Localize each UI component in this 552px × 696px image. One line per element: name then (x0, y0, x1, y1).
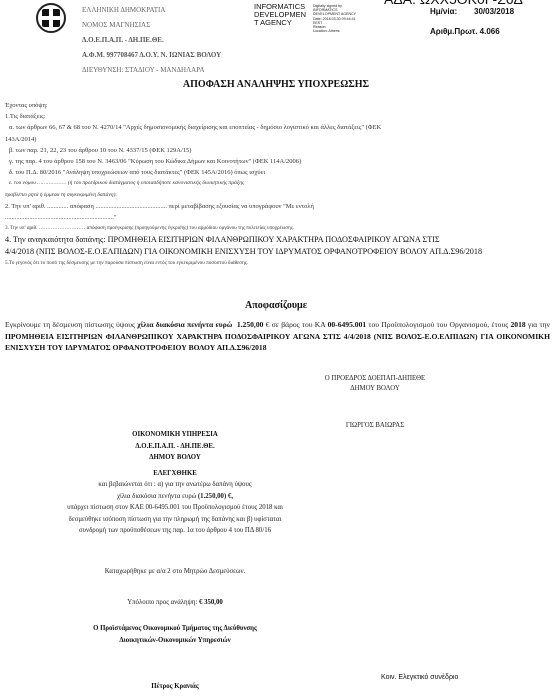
president-title: Ο ΠΡΟΕΔΡΟΣ ΔΟΕΠΑΠ-ΔΗΠΕΘΕ (300, 374, 450, 384)
consideration-item: 5.Το γεγονός ότι το ποσό της δέσμευσης μ… (5, 258, 550, 269)
expense-purpose: ΠΡΟΜΗΘΕΙΑ ΕΙΣΙΤΗΡΙΩΝ ΦΙΛΑΝΘΡΩΠΙΚΟΥ ΧΑΡΑΚ… (5, 332, 550, 353)
decision-text-part: Εγκρίνουμε τη δέσμευση πίστωσης ύψους (5, 320, 137, 329)
president-title: ΔΗΜΟΥ ΒΟΛΟΥ (300, 384, 450, 394)
budget-code: 00-6495.001 (328, 320, 367, 329)
consideration-subitem: γ. της παρ. 4 του άρθρου 158 του Ν. 3463… (5, 156, 550, 167)
president-name: ΓΙΩΡΓΟΣ ΒΑΙΩΡΑΣ (300, 422, 450, 429)
head-of-finance-title: Ο Προϊστάμενος Οικονομικού Τμήματος της … (0, 623, 350, 647)
decision-text: Εγκρίνουμε τη δέσμευση πίστωσης ύψους χί… (5, 319, 550, 354)
president-signature: Ο ΠΡΟΕΔΡΟΣ ΔΟΕΠΑΠ-ΔΗΠΕΘΕ ΔΗΜΟΥ ΒΟΛΟΥ (300, 374, 450, 394)
consideration-subitem: β. των παρ. 21, 22, 23 του άρθρου 10 του… (5, 145, 550, 156)
org-line: ΔΙΕΥΘΥΝΣΗ: ΣΤΑΔΙΟΥ - ΜΑΝΔΗΛΑΡΑ (82, 63, 221, 78)
greek-coat-of-arms-icon (36, 3, 66, 33)
org-line: Δ.Ο.Ε.Π.Α.Π. - ΔΗ.ΠΕ.ΘΕ. (82, 33, 221, 48)
consideration-item-cont: ........................................… (5, 212, 550, 223)
registry-note: Καταχωρήθηκε με α/α 2 στο Μητρώο Δεσμεύσ… (0, 568, 350, 575)
considerations-intro: Έχοντας υπόψη: (5, 100, 550, 111)
budget-year: 2018 (510, 320, 525, 329)
consideration-subitem: α. των άρθρων 66, 67 & 68 του Ν. 4270/14… (5, 122, 550, 133)
head-title-line: Ο Προϊστάμενος Οικονομικού Τμήματος της … (0, 623, 350, 635)
decision-heading: Αποφασίζουμε (0, 300, 552, 311)
finance-title: ΟΙΚΟΝΟΜΙΚΗ ΥΠΗΡΕΣΙΑ (0, 429, 350, 441)
consideration-item-cont: 4/4/2018 (ΝΠΣ ΒΟΛΟΣ-Ε.Ο.ΕΛΠΙΔΩΝ) ΓΙΑ ΟΙΚ… (5, 246, 550, 258)
finance-text: συνδρομή των προϋποθέσεων της παρ. 1α το… (0, 525, 350, 537)
organization-header: ΕΛΛΗΝΙΚΗ ΔΗΜΟΚΡΑΤΙΑ ΝΟΜΟΣ ΜΑΓΝΗΣΙΑΣ Δ.Ο.… (82, 3, 221, 78)
head-of-finance-name: Πέτρος Κρανιάς (0, 683, 350, 690)
finance-amount-words: χίλια διακόσια πενήντα ευρώ (117, 493, 198, 500)
consideration-item: 1.Τις διατάξεις: (5, 111, 550, 122)
consideration-subitem: δ. του Π.Δ. 80/2016 "Ανάληψη υποχρεώσεων… (5, 167, 550, 178)
consideration-item: 3. Την υπ' αριθ. ……………………… απόφαση προέγ… (5, 223, 550, 234)
audit-court-label: Κοιν. Ελεγκτικό συνέδριο (381, 674, 458, 681)
balance-value: € 350,00 (199, 599, 223, 606)
amount-words: χίλια διακόσια πενήντα ευρώ (137, 320, 232, 329)
org-line: ΝΟΜΟΣ ΜΑΓΝΗΣΙΑΣ (82, 18, 221, 33)
finance-text: χίλια διακόσια πενήντα ευρώ (1.250,00) €… (0, 491, 350, 503)
consideration-item: 2. Την υπ' αριθ. ............. απόφαση .… (5, 201, 550, 212)
digital-signature-block: Digitally signed by INFORMATICS DEVELOPM… (313, 4, 393, 33)
signature-line: Location: Athens (313, 29, 393, 33)
finance-title: Δ.Ο.Ε.Π.Α.Π. - ΔΗ.ΠΕ.ΘΕ. (0, 441, 350, 453)
protocol-number: Αριθμ.Πρωτ. 4.066 (430, 27, 500, 36)
checked-stamp: ΕΛΕΓΧΘΗΚΕ (0, 468, 350, 480)
finance-text: υπάρχει πίστωση στον ΚΑΕ 00-6495.001 του… (0, 502, 350, 514)
signer-name: INFORMATICS DEVELOPMEN T AGENCY (254, 3, 312, 27)
finance-amount: (1.250,00) €, (198, 493, 233, 500)
consideration-subitem-cont: προβλέπει ρητά ή έμμεσα τη συγκεκριμένη … (5, 190, 550, 201)
finance-text: και βεβαιώνεται ότι : α) για την ανωτέρω… (0, 479, 350, 491)
org-line: Α.Φ.Μ. 997708467 Δ.Ο.Υ. Ν. ΙΩΝΙΑΣ ΒΟΛΟΥ (82, 48, 221, 63)
date-value: 30/03/2018 (474, 7, 514, 16)
document-title: ΑΠΟΦΑΣΗ ΑΝΑΛΗΨΗΣ ΥΠΟΧΡΕΩΣΗΣ (0, 79, 552, 90)
consideration-subitem-cont: 143Α/2014) (5, 134, 550, 145)
balance-line: Υπόλοιπο προς ανάληψη: € 350,00 (0, 599, 350, 606)
consideration-item: 4. Την αναγκαιότητα δαπάνης: ΠΡΟΜΗΘΕΙΑ Ε… (5, 234, 550, 246)
decision-text-part: του Προϋπολογισμού του Οργανισμού, έτους (366, 320, 510, 329)
date-label: Ημ/νία: (430, 7, 457, 16)
balance-label: Υπόλοιπο προς ανάληψη: (127, 599, 199, 606)
decision-text-part: € σε βάρος του ΚΑ (263, 320, 327, 329)
cross-shield-icon (42, 9, 60, 27)
consideration-subitem: ε. του νόμου ……………… (ή του προεδρικού δι… (5, 178, 550, 189)
decision-text-part: για την (526, 320, 550, 329)
finance-department-block: ΟΙΚΟΝΟΜΙΚΗ ΥΠΗΡΕΣΙΑ Δ.Ο.Ε.Π.Α.Π. - ΔΗ.ΠΕ… (0, 429, 350, 537)
org-line: ΕΛΛΗΝΙΚΗ ΔΗΜΟΚΡΑΤΙΑ (82, 3, 221, 18)
finance-text: δεσμεύθηκε ισόποση πίστωση για την πληρω… (0, 514, 350, 526)
head-title-line: Διοικητικών-Οικονομικών Υπηρεσιών (0, 635, 350, 647)
finance-title: ΔΗΜΟΥ ΒΟΛΟΥ (0, 452, 350, 464)
amount: 1.250,00 (237, 320, 264, 329)
considerations: Έχοντας υπόψη: 1.Τις διατάξεις: α. των ά… (5, 100, 550, 270)
ada-code: ΑΔΑ: ΩΧΧ5ΟΚ0Γ-Σ6Δ (384, 0, 523, 7)
